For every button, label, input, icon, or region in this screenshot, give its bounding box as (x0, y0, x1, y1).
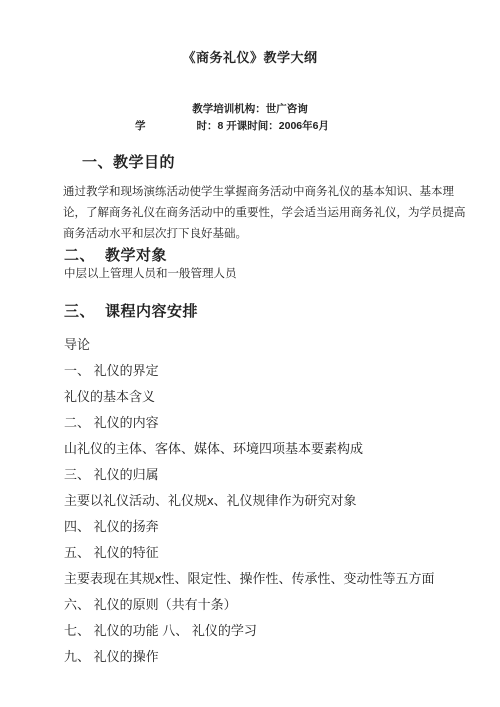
paragraph-line: 商务活动水平和层次打下良好基础。 (63, 224, 473, 245)
teaching-purpose-paragraph: 通过教学和现场演练活动使学生掌握商务活动中商务礼仪的基本知识、基本理 论，了解商… (63, 182, 473, 245)
outline-item: 四、 礼仪的扬奔 (64, 520, 474, 533)
meta-hours-label-left: 学 (135, 120, 146, 132)
course-outline-list: 导论 一、 礼仪的界定 礼仪的基本含义 二、 礼仪的内容 山礼仪的主体、客体、媒… (64, 338, 474, 676)
document-title: 《商务礼仪》教学大纲 (0, 47, 500, 66)
outline-item: 七、 礼仪的功能 八、 礼仪的学习 (64, 624, 474, 637)
meta-hours-label-right: 时：8 开课时间：2006年6月 (197, 120, 329, 132)
outline-item: 六、 礼仪的原则（共有十条） (64, 598, 474, 611)
section-number: 三、 (64, 300, 105, 321)
meta-training-org: 教学培训机构：世广咨询 (0, 101, 500, 116)
outline-item: 五、 礼仪的特征 (64, 546, 474, 559)
section-number: 一、 (82, 154, 113, 171)
document-page: 《商务礼仪》教学大纲 教学培训机构：世广咨询 学时：8 开课时间：2006年6月… (0, 0, 500, 707)
section-title: 教学对象 (105, 247, 167, 264)
outline-item: 二、 礼仪的内容 (64, 416, 474, 429)
outline-item: 主要表现在其规x性、限定性、操作性、传承性、变动性等五方面 (64, 572, 474, 585)
section-heading-teaching-audience: 二、教学对象 (64, 244, 167, 265)
paragraph-line: 通过教学和现场演练活动使学生掌握商务活动中商务礼仪的基本知识、基本理 (63, 182, 473, 203)
section-heading-teaching-purpose: 一、教学目的 (82, 151, 175, 172)
paragraph-line: 论，了解商务礼仪在商务活动中的重要性，学会适当运用商务礼仪，为学员提高 (63, 203, 473, 224)
section-title: 课程内容安排 (105, 303, 198, 320)
outline-item: 导论 (64, 338, 474, 351)
teaching-audience-text: 中层以上管理人员和一般管理人员 (64, 265, 237, 281)
outline-item: 一、 礼仪的界定 (64, 364, 474, 377)
section-number: 二、 (64, 244, 105, 265)
outline-item: 山礼仪的主体、客体、媒体、环境四项基本要素构成 (64, 442, 474, 455)
section-heading-course-outline: 三、课程内容安排 (64, 300, 198, 321)
outline-item: 主要以礼仪活动、礼仪规x、礼仪规律作为研究对象 (64, 494, 474, 507)
outline-item: 三、 礼仪的归属 (64, 468, 474, 481)
outline-item: 九、 礼仪的操作 (64, 650, 474, 663)
meta-hours-and-date: 学时：8 开课时间：2006年6月 (0, 118, 482, 133)
section-title: 教学目的 (113, 154, 175, 171)
outline-item: 礼仪的基本含义 (64, 390, 474, 403)
